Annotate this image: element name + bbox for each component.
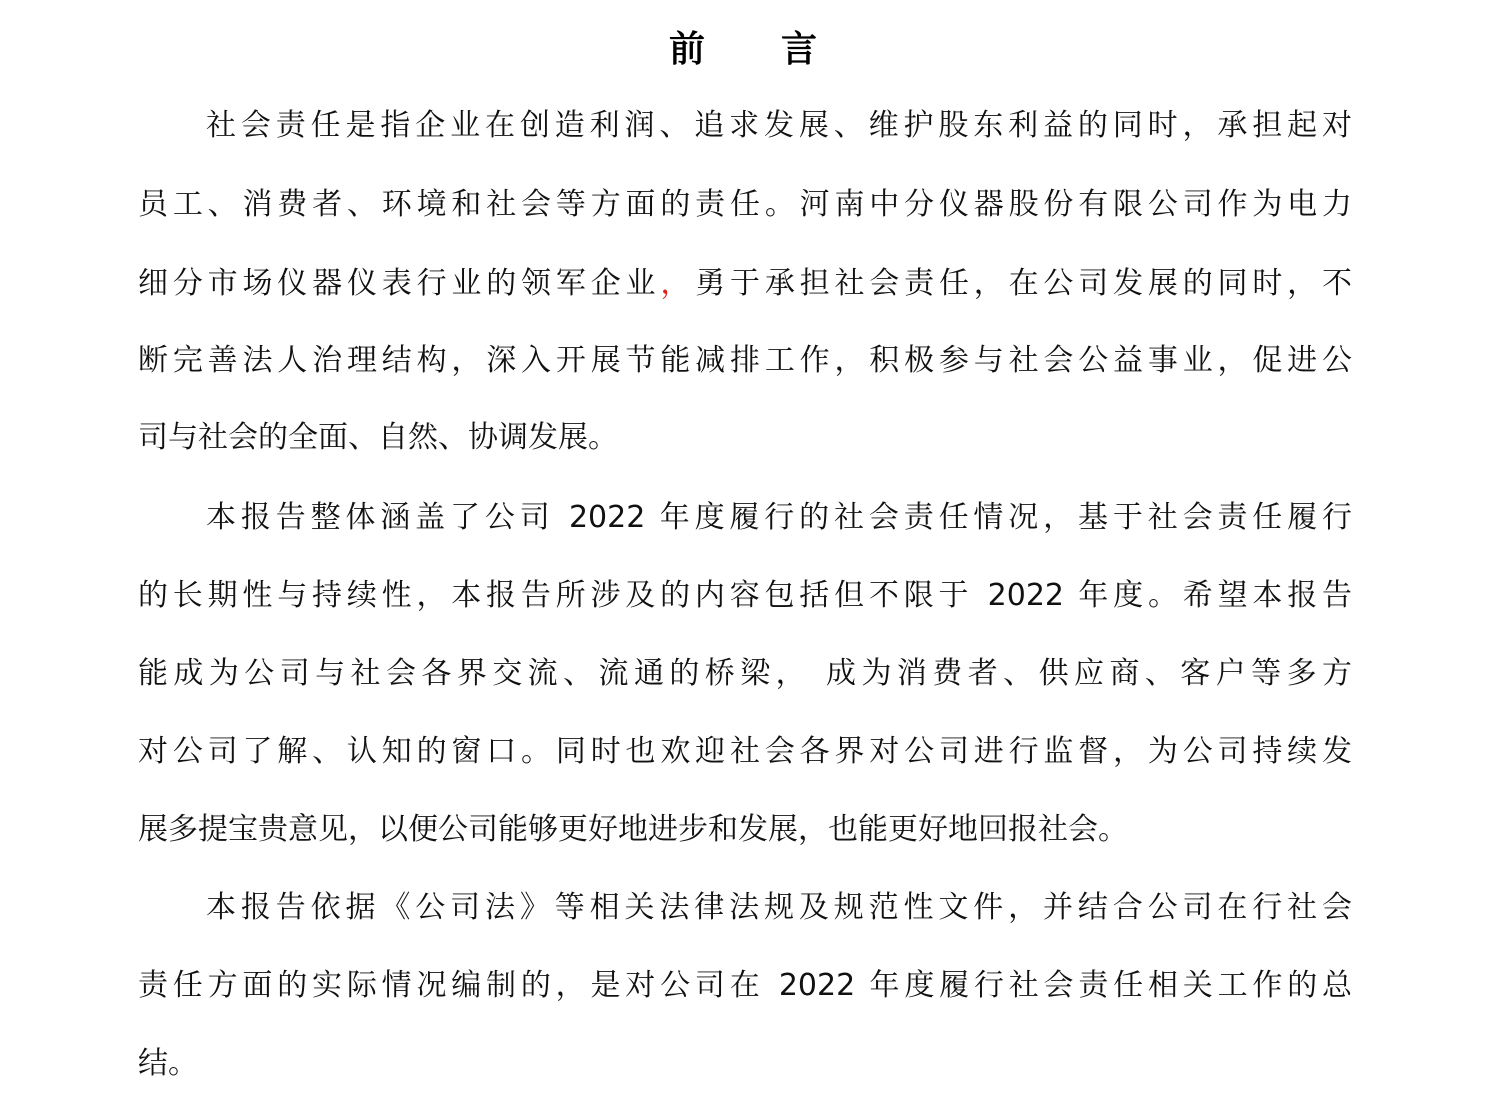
paragraph-1-line-5: 司与社会的全面、自然、协调发展。 [138, 418, 1352, 458]
line-3-start: 细分市场仪器仪表行业的领军企业 [138, 266, 660, 301]
paragraph-1-line-1: 社会责任是指企业在创造利润、追求发展、维护股东利益的同时，承担起对 [206, 106, 1352, 146]
paragraph-2-line-1: 本报告整体涵盖了公司 2022 年度履行的社会责任情况，基于社会责任履行 [206, 498, 1352, 538]
paragraph-3-line-1: 本报告依据《公司法》等相关法律法规及规范性文件，并结合公司在行社会 [206, 888, 1352, 928]
document-page: 前言 社会责任是指企业在创造利润、追求发展、维护股东利益的同时，承担起对 员工、… [0, 0, 1486, 1114]
title-char-2: 言 [781, 28, 817, 72]
paragraph-2-line-4: 对公司了解、认知的窗口。同时也欢迎社会各界对公司进行监督，为公司持续发 [138, 732, 1352, 772]
paragraph-1-line-4: 断完善法人治理结构，深入开展节能减排工作，积极参与社会公益事业，促进公 [138, 341, 1352, 381]
paragraph-2-line-5: 展多提宝贵意见，以便公司能够更好地进步和发展，也能更好地回报社会。 [138, 810, 1352, 850]
paragraph-1-line-3: 细分市场仪器仪表行业的领军企业，勇于承担社会责任，在公司发展的同时，不 [138, 264, 1352, 304]
paragraph-3-line-2: 责任方面的实际情况编制的，是对公司在 2022 年度履行社会责任相关工作的总 [138, 966, 1352, 1006]
paragraph-2-line-3: 能成为公司与社会各界交流、流通的桥梁， 成为消费者、供应商、客户等多方 [138, 654, 1352, 694]
page-title: 前言 [0, 28, 1486, 72]
paragraph-3-line-3: 结。 [138, 1044, 1352, 1084]
line-3-end: 勇于承担社会责任，在公司发展的同时，不 [695, 266, 1352, 301]
paragraph-2-line-2: 的长期性与持续性，本报告所涉及的内容包括但不限于 2022 年度。希望本报告 [138, 576, 1352, 616]
red-comma: ， [660, 266, 695, 301]
title-char-1: 前 [669, 28, 705, 72]
paragraph-1-line-2: 员工、消费者、环境和社会等方面的责任。河南中分仪器股份有限公司作为电力 [138, 185, 1352, 225]
